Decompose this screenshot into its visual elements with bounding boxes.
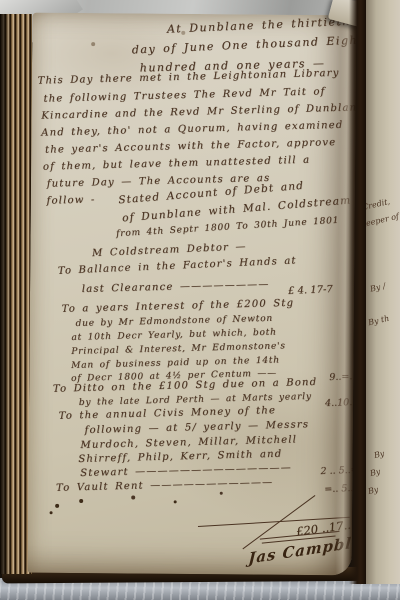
manuscript-line: at 10th Decr Yearly, but which, both [71,329,276,343]
facing-fragment: Credit, [366,197,391,212]
manuscript-line: To the annual Civis Money of the [59,406,277,422]
facing-fragment: By [369,467,381,478]
manuscript-line: M Coldstream Debtor — [92,242,247,259]
facing-fragment: By [367,485,379,496]
manuscript-line: And they, tho' not a Quorum, having exam… [41,121,343,139]
manuscript-line: the following Trustees The Revd Mr Tait … [43,87,325,104]
manuscript-line: by the late Lord Perth — at Marts yearly [79,393,312,408]
manuscript-line: follow - [46,195,95,206]
facing-fragment: Keeper of [366,212,400,230]
manuscript-line: Kincardine and the Revd Mr Sterling of D… [41,103,356,121]
facing-fragment: By [373,449,385,460]
manuscript-line: Principal & Interest, Mr Edmonstone's [71,342,286,357]
manuscript-line: To Vault Rent ——————————— [56,478,273,494]
manuscript-line: due by Mr Edmondstone of Newton [75,315,273,329]
facing-fragment: By th [367,314,390,328]
manuscript-line: At Dunblane the thirtieth [167,16,351,35]
ink-speck [32,13,34,15]
manuscript-line: last Clearance ———————— [82,280,270,295]
manuscript-line: of them, but leave them unattested till … [43,156,311,173]
facing-page: Credit, Keeper of By / By th By By By [366,0,400,584]
manuscript-page: At Dunblane the thirtieth day of June On… [28,13,357,576]
amount-value: £ 4. 17-7 [288,284,333,297]
manuscript-line: To a years Interest of the £200 Stg [62,299,295,315]
manuscript-line: To Ballance in the Factor's Hands at [58,256,297,276]
manuscript-line: This Day there met in the Leightonian Li… [38,69,340,87]
facing-fragment: By / [369,281,386,293]
manuscript-line: day of June One thousand Eight [132,34,357,55]
manuscript-line: the year's Accounts with the Factor, app… [45,138,337,156]
photo-scene: At Dunblane the thirtieth day of June On… [0,0,400,600]
page-edges-left [0,14,32,574]
manuscript-line: following — at 5/ yearly — Messrs [84,420,309,436]
book-gutter [349,0,367,584]
